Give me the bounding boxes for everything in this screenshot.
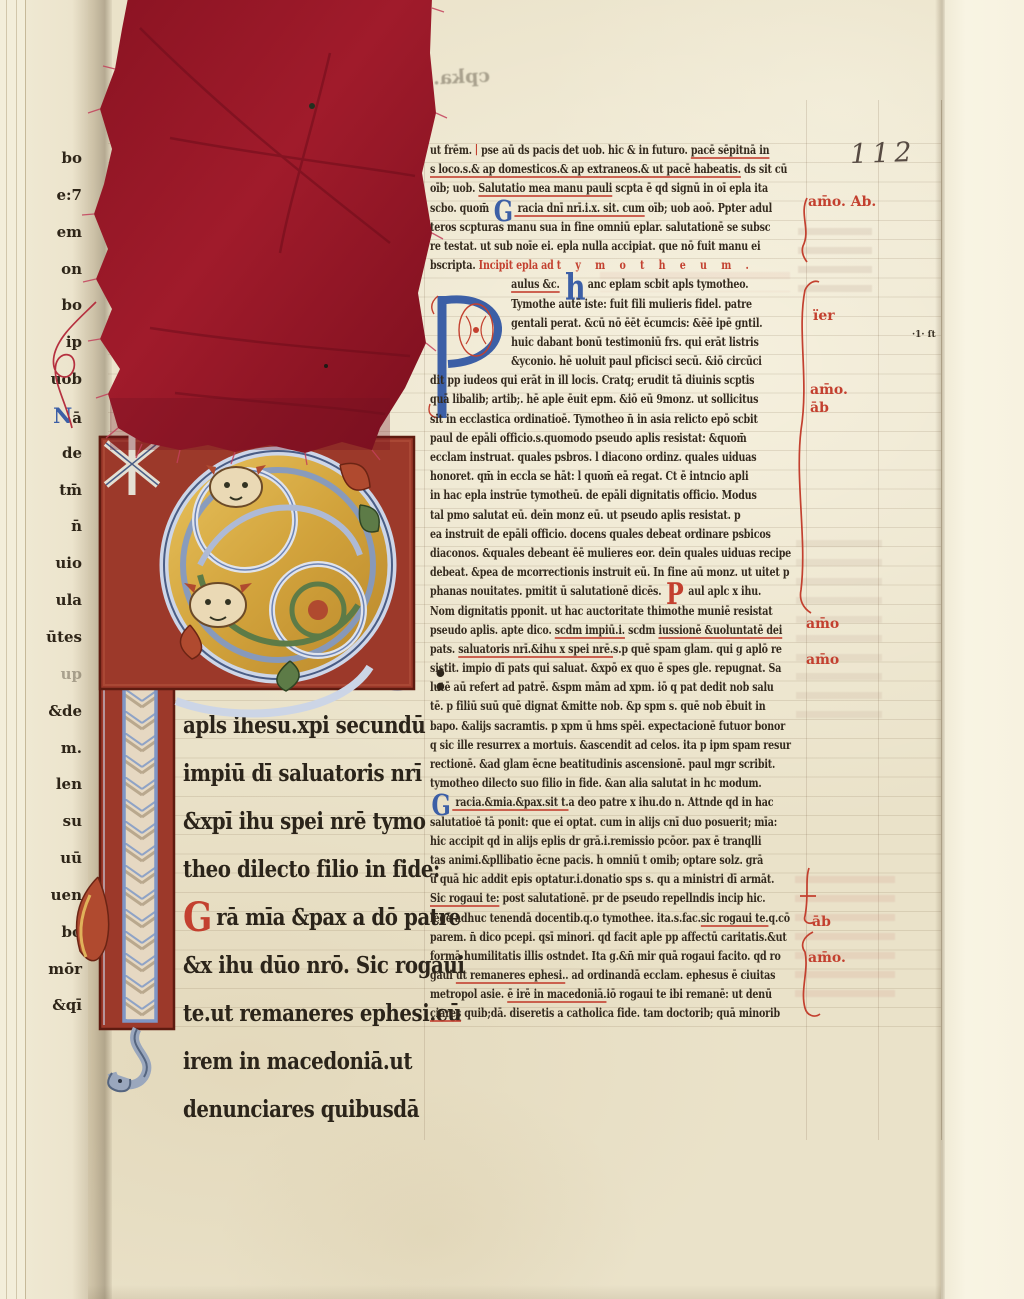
main-text-column: ut frēm. ∣ pse aū ds pacis det uob. hic … bbox=[430, 141, 806, 1024]
text-segment: ū quā hic addit epis optatur.i.donatio s… bbox=[430, 872, 774, 886]
text-segment: racia.&mia.&pax.sit t. bbox=[452, 795, 568, 809]
manuscript-text-line: Nom dignitatis pponit. ut hac auctoritat… bbox=[430, 602, 723, 621]
manuscript-text-line: bapo. &alijs sacramtis. p xpm ū hms spēi… bbox=[430, 717, 723, 736]
text-segment: tal pmo salutat eū. deīn monz eū. ut pse… bbox=[430, 508, 740, 522]
text-segment: re testat. ut sub noīe ei. epla nulla ac… bbox=[430, 239, 760, 253]
text-segment: . ad ordinandā ecclam. ephesus ē ciuitas bbox=[565, 968, 775, 982]
illuminated-initial-p bbox=[40, 425, 435, 1099]
text-segment: q.cō bbox=[768, 911, 789, 925]
manuscript-text-line: metropol asie. ē irē in macedoniā.iō rog… bbox=[430, 985, 723, 1004]
text-segment: scdm bbox=[625, 623, 659, 637]
manuscript-text-line: ea instruit de epāli officio. docens qua… bbox=[430, 525, 723, 544]
facing-page-word-fragment: bo bbox=[24, 140, 82, 177]
manuscript-text-line: G racia.&mia.&pax.sit t.a deo patre x ih… bbox=[430, 793, 723, 812]
text-segment: post salutationē. pr de pseudo repellndi… bbox=[499, 891, 765, 905]
manuscript-text-line: gaui ut remaneres ephesi.. ad ordinandā … bbox=[430, 966, 723, 985]
manuscript-text-line: aulus &c. hanc eplam scbit apls tymotheo… bbox=[430, 275, 723, 294]
text-segment: scdm impiū.i. bbox=[555, 623, 625, 637]
manuscript-text-line: parem. n̄ dico pcepi. qsī minori. qd fac… bbox=[430, 928, 723, 947]
text-segment: ut remaneres ephesi. bbox=[456, 968, 565, 982]
text-segment: pacē sēpitnā in bbox=[691, 143, 770, 157]
manuscript-text-line: ut frēm. ∣ pse aū ds pacis det uob. hic … bbox=[430, 141, 723, 160]
margin-source-siglum: āb bbox=[812, 914, 831, 930]
text-segment: quā libalib; artib;. hē aple ēuit epm. &… bbox=[430, 392, 758, 406]
manuscript-text-line: pseudo aplis. apte dico. scdm impiū.i. s… bbox=[430, 621, 723, 640]
manuscript-text-line: tymotheo dilecto suo filio in fide. &an … bbox=[430, 774, 723, 793]
text-segment: phanas nouitates. pmitit ū salutationē d… bbox=[430, 584, 665, 598]
text-segment: formā humilitatis illis ostndet. Ita g.&… bbox=[430, 949, 781, 963]
margin-source-siglum: am̄o bbox=[806, 652, 839, 668]
text-segment: honoret. qm̄ in eccla se hāt: l quom̄ eā… bbox=[430, 469, 748, 483]
text-segment: parem. n̄ dico pcepi. qsī minori. qd fac… bbox=[430, 930, 787, 944]
manuscript-text-line: tal pmo salutat eū. deīn monz eū. ut pse… bbox=[430, 506, 723, 525]
margin-source-siglum: am̄o. Ab. bbox=[808, 194, 876, 210]
text-segment: quib;dā. diseretis a catholica fide. tam… bbox=[461, 1006, 780, 1020]
text-segment: lutē aū refert ad patrē. &spm mām ad xpm… bbox=[430, 680, 774, 694]
text-segment: pse aū ds pacis det uob. hic & in futuro… bbox=[478, 143, 691, 157]
text-segment: oīb; uob aoō. Ppter adul bbox=[645, 201, 772, 215]
manuscript-text-line: rectionē. &ad glam ēcne beatitudinis asc… bbox=[430, 755, 723, 774]
text-segment: aul aplc x ihu. bbox=[685, 584, 761, 598]
page-edge-line bbox=[16, 0, 17, 1299]
text-segment: tymotheo dilecto suo filio in fide. &an … bbox=[430, 776, 762, 790]
manuscript-text-line: tē. p filiū suū quē dignat &mitte nob. &… bbox=[430, 697, 723, 716]
text-segment: a deo patre x ihu.do n. Attnde qd in hac bbox=[569, 795, 774, 809]
text-segment: gentali perat. &cū nō ēēt ēcumcis: &ēē i… bbox=[511, 316, 762, 330]
text-segment: iussionē &uoluntatē dei bbox=[658, 623, 782, 637]
text-segment: ecclam instruat. quales psbros. l diacon… bbox=[430, 450, 757, 464]
text-segment bbox=[560, 277, 563, 291]
text-segment: s.p quē spam glam. qui g aplō re bbox=[613, 642, 782, 656]
manuscript-text-line: ciares quib;dā. diseretis a catholica fi… bbox=[430, 1004, 723, 1023]
text-segment: saluatoris nrī.&ihu x spei nrē. bbox=[458, 642, 613, 656]
manuscript-text-line: paul de epāli officio.s.quomodo pseudo a… bbox=[430, 429, 723, 448]
red-textile-fragment bbox=[80, 0, 450, 472]
margin-source-siglum: am̄o. bbox=[810, 382, 848, 398]
text-segment: s loco.s.& ap domesticos.& ap extraneos.… bbox=[430, 162, 741, 176]
text-segment: Nom dignitatis pponit. ut hac auctoritat… bbox=[430, 604, 773, 618]
text-segment: tas animi.&pllibatio ēcne pacis. h omniū… bbox=[430, 853, 763, 867]
manuscript-text-line: tas animi.&pllibatio ēcne pacis. h omniū… bbox=[430, 851, 723, 870]
manuscript-text-line: hic accipit qd in alijs eplis dr grā.i.r… bbox=[430, 832, 723, 851]
manuscript-text-line: re testat. ut sub noīe ei. epla nulla ac… bbox=[430, 237, 723, 256]
manuscript-text-line: Sic rogaui te: post salutationē. pr de p… bbox=[430, 889, 723, 908]
manuscript-text-line: &yconio. hē uoluit paul pficisci secū. &… bbox=[430, 352, 723, 371]
page-fold-line bbox=[941, 100, 942, 1140]
manuscript-text-line: oīb; uob. Salutatio mea manu pauli scpta… bbox=[430, 179, 723, 198]
text-segment: anc eplam scbit apls tymotheo. bbox=[588, 277, 749, 291]
text-segment: t y m o t h e u m . bbox=[557, 258, 754, 272]
text-segment: ea instruit de epāli officio. docens qua… bbox=[430, 527, 771, 541]
margin-source-siglum: am̄o. bbox=[808, 950, 846, 966]
text-segment: racia dnī nrī.i.x. sit. cum bbox=[514, 201, 644, 215]
manuscript-text-line: lutē aū refert ad patrē. &spm mām ad xpm… bbox=[430, 678, 723, 697]
margin-source-siglum: āb bbox=[810, 400, 829, 416]
quire-edge-note: ·1· ſt bbox=[912, 330, 936, 340]
manuscript-text-line: quā libalib; artib;. hē aple ēuit epm. &… bbox=[430, 390, 723, 409]
manuscript-text-line: huic dabant bonū testimoniū frs. qui erā… bbox=[430, 333, 723, 352]
manuscript-text-line: scbo. quom̄ G racia dnī nrī.i.x. sit. cu… bbox=[430, 199, 723, 218]
manuscript-text-line: q sic ille resurrex a mortuis. &ascendit… bbox=[430, 736, 723, 755]
manuscript-text-line: honoret. qm̄ in eccla se hāt: l quom̄ eā… bbox=[430, 467, 723, 486]
underlying-page-edge bbox=[941, 0, 1024, 1299]
text-segment: iō rogaui te ibi remanē: ut denū bbox=[606, 987, 771, 1001]
margin-bracket-lines bbox=[795, 180, 855, 1020]
text-segment: pseudo aplis. apte dico. bbox=[430, 623, 555, 637]
initial-p-artwork bbox=[40, 425, 435, 1095]
text-segment: salutatioē tā ponit: que ei optat. cum i… bbox=[430, 815, 777, 829]
page-edge-line bbox=[6, 0, 7, 1299]
manuscript-text-line: Tymothe autē iste: fuit fili mulieris fi… bbox=[430, 295, 723, 314]
text-segment: Sic rogaui te: bbox=[430, 891, 499, 905]
manuscript-text-line: diaconos. &quales debeant ēē mulieres eo… bbox=[430, 544, 723, 563]
text-segment: huic dabant bonū testimoniū frs. qui erā… bbox=[511, 335, 759, 349]
manuscript-text-line: gentali perat. &cū nō ēēt ēcumcis: &ēē i… bbox=[430, 314, 723, 333]
margin-source-siglum: ïer bbox=[813, 308, 835, 324]
manuscript-text-line: sit in ecclastica ordinatioē. Tymotheo n… bbox=[430, 410, 723, 429]
facing-page-word-fragment: e:7 bbox=[24, 177, 82, 214]
text-segment: rectionē. &ad glam ēcne beatitudinis asc… bbox=[430, 757, 775, 771]
text-segment: sic rogaui te. bbox=[701, 911, 769, 925]
manuscript-text-line: teros scpturas manu sua in fine omniū ep… bbox=[430, 218, 723, 237]
text-segment: aulus &c. bbox=[511, 277, 560, 291]
text-segment: in hac epla instrūe tymotheū. de epāli d… bbox=[430, 488, 757, 502]
manuscript-text-line: dit pp iudeos qui erāt in ill locis. Cra… bbox=[430, 371, 723, 390]
manuscript-text-line: ecclam instruat. quales psbros. l diacon… bbox=[430, 448, 723, 467]
text-segment: ds sit cū bbox=[741, 162, 787, 176]
folio-number: 112 bbox=[849, 137, 917, 170]
text-segment: sit in ecclastica ordinatioē. Tymotheo n… bbox=[430, 412, 758, 426]
text-segment: q sic ille resurrex a mortuis. &ascendit… bbox=[430, 738, 791, 752]
manuscript-text-line: sistit. impio dī pats qui saluat. &xpō e… bbox=[430, 659, 723, 678]
text-segment: dit pp iudeos qui erāt in ill locis. Cra… bbox=[430, 373, 754, 387]
text-segment: metropol asie. bbox=[430, 987, 507, 1001]
text-segment: ē irē in macedoniā. bbox=[507, 987, 606, 1001]
margin-source-siglum: am̄o bbox=[806, 616, 839, 632]
manuscript-scan: { "page": { "folio_number": "112", "show… bbox=[0, 0, 1024, 1299]
text-segment: hic accipit qd in alijs eplis dr grā.i.r… bbox=[430, 834, 761, 848]
bottom-edge-shade bbox=[88, 1285, 941, 1299]
text-segment: &yconio. hē uoluit paul pficisci secū. &… bbox=[511, 354, 762, 368]
manuscript-text-line: pats. saluatoris nrī.&ihu x spei nrē.s.p… bbox=[430, 640, 723, 659]
text-segment: bapo. &alijs sacramtis. p xpm ū hms spēi… bbox=[430, 719, 785, 733]
dragon-tail-icon bbox=[108, 1029, 147, 1091]
manuscript-text-line: phanas nouitates. pmitit ū salutationē d… bbox=[430, 582, 723, 601]
text-segment: legē adhuc tenendā docentib.q.o tymothee… bbox=[430, 911, 701, 925]
manuscript-text-line: in hac epla instrūe tymotheū. de epāli d… bbox=[430, 486, 723, 505]
manuscript-text-line: s loco.s.& ap domesticos.& ap extraneos.… bbox=[430, 160, 723, 179]
manuscript-text-line: legē adhuc tenendā docentib.q.o tymothee… bbox=[430, 909, 723, 928]
text-segment: scpta ē qd signū in oī epla ita bbox=[612, 181, 768, 195]
text-segment: sistit. impio dī pats qui saluat. &xpō e… bbox=[430, 661, 781, 675]
text-segment: debeat. &pea de mcorrectionis instruit e… bbox=[430, 565, 789, 579]
facing-page-word-fragment: em bbox=[24, 214, 82, 251]
text-segment: diaconos. &quales debeant ēē mulieres eo… bbox=[430, 546, 791, 560]
manuscript-text-line: salutatioē tā ponit: que ei optat. cum i… bbox=[430, 813, 723, 832]
manuscript-text-line: ū quā hic addit epis optatur.i.donatio s… bbox=[430, 870, 723, 889]
text-segment: tē. p filiū suū quē dignat &mitte nob. &… bbox=[430, 699, 765, 713]
manuscript-text-line: formā humilitatis illis ostndet. Ita g.&… bbox=[430, 947, 723, 966]
text-segment: teros scpturas manu sua in fine omniū ep… bbox=[430, 220, 770, 234]
text-segment: paul de epāli officio.s.quomodo pseudo a… bbox=[430, 431, 747, 445]
text-segment: Incipit epla ad bbox=[476, 258, 557, 272]
text-segment: Tymothe autē iste: fuit fili mulieris fi… bbox=[511, 297, 752, 311]
